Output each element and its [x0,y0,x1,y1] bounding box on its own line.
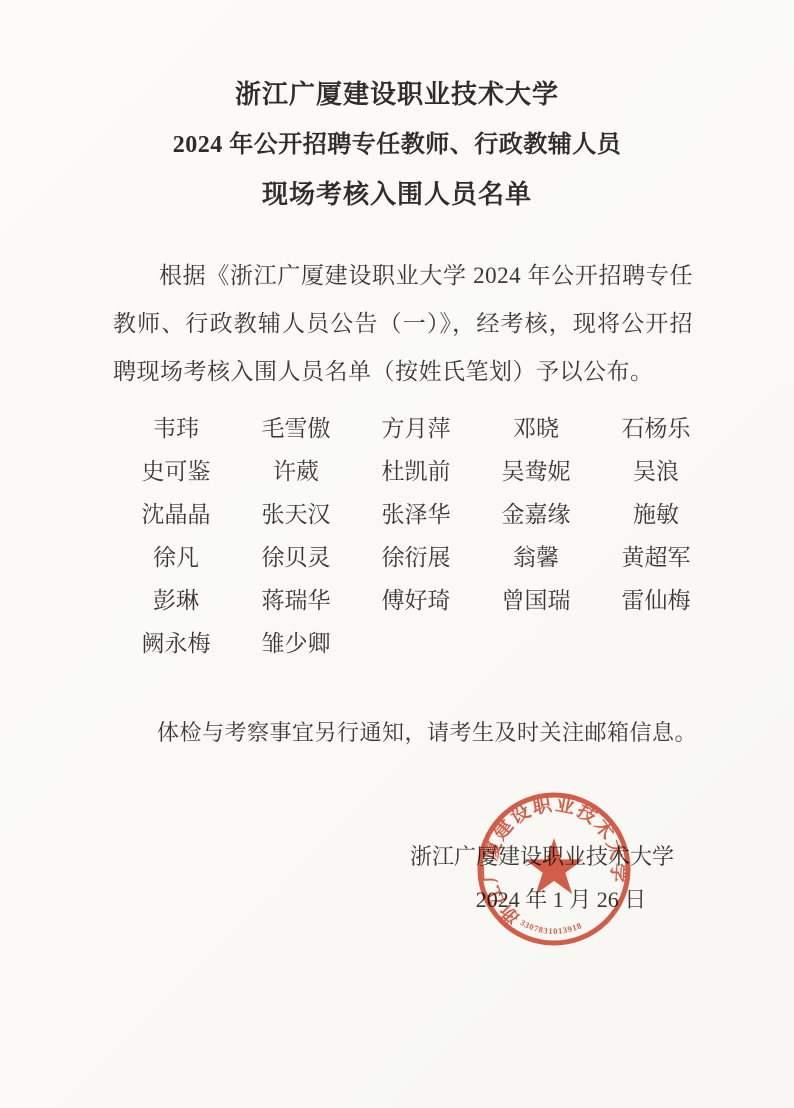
name-cell: 吴浪 [596,450,716,493]
document-page: 浙江广厦建设职业技术大学 2024 年公开招聘专任教师、行政教辅人员 现场考核入… [0,0,794,1108]
name-cell: 雷仙梅 [596,579,716,622]
seal-serial-number: 3307831013918 [519,917,584,936]
svg-text:3307831013918: 3307831013918 [519,917,584,936]
name-cell: 曾国瑞 [476,579,596,622]
name-cell: 傅好琦 [356,579,476,622]
title-line-2: 2024 年公开招聘专任教师、行政教辅人员 [0,120,794,170]
name-cell: 杜凯前 [356,450,476,493]
name-cell: 翁馨 [476,536,596,579]
shortlist-names-grid: 韦玮 毛雪傲 方月萍 邓晓 石杨乐 史可鉴 许葳 杜凯前 吴鸯妮 吴浪 沈晶晶 … [116,407,716,665]
name-cell: 彭琳 [116,579,236,622]
name-cell [476,622,596,665]
name-cell: 石杨乐 [596,407,716,450]
notice-note: 体检与考察事宜另行通知，请考生及时关注邮箱信息。 [113,712,713,754]
name-cell [596,622,716,665]
body-paragraph: 根据《浙江广厦建设职业大学 2024 年公开招聘专任教师、行政教辅人员公告（一）… [113,252,693,396]
name-cell: 毛雪傲 [236,407,356,450]
name-cell: 雏少卿 [236,622,356,665]
name-cell: 邓晓 [476,407,596,450]
name-cell: 施敏 [596,493,716,536]
seal-star-icon [525,838,584,894]
title-line-3: 现场考核入围人员名单 [0,170,794,220]
name-cell: 蒋瑞华 [236,579,356,622]
name-cell: 阙永梅 [116,622,236,665]
name-cell: 金嘉缘 [476,493,596,536]
name-cell: 徐贝灵 [236,536,356,579]
name-cell: 张泽华 [356,493,476,536]
official-seal: 浙江广厦建设职业技术大学 3307831013918 [444,759,664,979]
name-cell: 徐衍展 [356,536,476,579]
name-cell: 张天汉 [236,493,356,536]
name-cell: 吴鸯妮 [476,450,596,493]
name-cell: 史可鉴 [116,450,236,493]
name-cell: 沈晶晶 [116,493,236,536]
name-cell: 方月萍 [356,407,476,450]
title-line-1: 浙江广厦建设职业技术大学 [0,70,794,120]
name-cell [356,622,476,665]
name-cell: 黄超军 [596,536,716,579]
name-cell: 徐凡 [116,536,236,579]
document-title: 浙江广厦建设职业技术大学 2024 年公开招聘专任教师、行政教辅人员 现场考核入… [0,70,794,220]
name-cell: 许葳 [236,450,356,493]
name-cell: 韦玮 [116,407,236,450]
